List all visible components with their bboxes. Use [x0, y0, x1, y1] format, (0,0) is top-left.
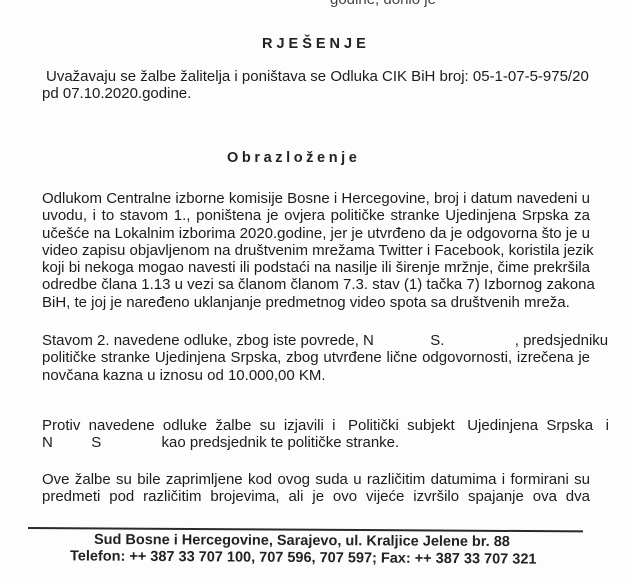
footer-contact: Telefon: ++ 387 33 707 100, 707 596, 707…: [70, 548, 537, 567]
footer-address: Sud Bosne i Hercegovine, Sarajevo, ul. K…: [94, 532, 510, 550]
ruling-line: Uvažavaju se žalbe žalitelja i poništava…: [42, 68, 590, 85]
paragraph-line: video zapisu objavljenom na društvenim m…: [42, 242, 590, 259]
redacted-initial: S.: [430, 332, 444, 349]
paragraph-line: Stavom 2. navedene odluke, zbog iste pov…: [42, 332, 590, 349]
ruling-line: pd 07.10.2020.godine.: [42, 85, 590, 102]
stavom-text-after: , predsjedniku: [515, 332, 608, 349]
previous-text-fragment: godine, donio je: [330, 0, 436, 8]
ruling-paragraph: Uvažavaju se žalbe žalitelja i poništava…: [42, 68, 590, 103]
paragraph-stavom: Stavom 2. navedene odluke, zbog iste pov…: [42, 332, 590, 384]
paragraph-line: Odlukom Centralne izborne komisije Bosne…: [42, 190, 590, 207]
paragraph-line: novčana kazna u iznosu od 10.000,00 KM.: [42, 367, 590, 384]
paragraph-protiv: Protiv navedene odluke žalbe su izjavili…: [42, 417, 590, 452]
paragraph-line: Protiv navedene odluke žalbe su izjavili…: [42, 417, 590, 434]
paragraph-line: BiH, te joj je naređeno uklanjanje predm…: [42, 294, 590, 311]
protiv-text-tail: kao predsjednik te političke stranke.: [162, 434, 400, 451]
reasoning-heading: Obrazloženje: [227, 150, 360, 166]
redacted-initial: N: [42, 434, 53, 451]
ruling-title: RJEŠENJE: [262, 36, 370, 52]
paragraph-line: odredbe člana 1.13 u vezi sa članom član…: [42, 276, 590, 293]
paragraph-odlukom: Odlukom Centralne izborne komisije Bosne…: [42, 190, 590, 311]
paragraph-line: Ove žalbe su bile zaprimljene kod ovog s…: [42, 471, 590, 488]
redacted-initial: S: [91, 434, 101, 451]
paragraph-ove: Ove žalbe su bile zaprimljene kod ovog s…: [42, 471, 590, 506]
stavom-text-before: Stavom 2. navedene odluke, zbog iste pov…: [42, 332, 374, 349]
document-page: godine, donio je RJEŠENJE Uvažavaju se ž…: [0, 0, 632, 582]
paragraph-line: političke stranke Ujedinjena Srpska, zbo…: [42, 349, 590, 366]
paragraph-line: predmeti pod različitim brojevima, ali j…: [42, 488, 590, 505]
paragraph-line: učešće na Lokalnim izborima 2020.godine,…: [42, 225, 590, 242]
paragraph-line: N S kao predsjednik te političke stranke…: [42, 434, 590, 451]
paragraph-line: koji bi nekoga mogao navesti ili podstać…: [42, 259, 590, 276]
paragraph-line: uvodu, i to stavom 1., poništena je ovje…: [42, 207, 590, 224]
